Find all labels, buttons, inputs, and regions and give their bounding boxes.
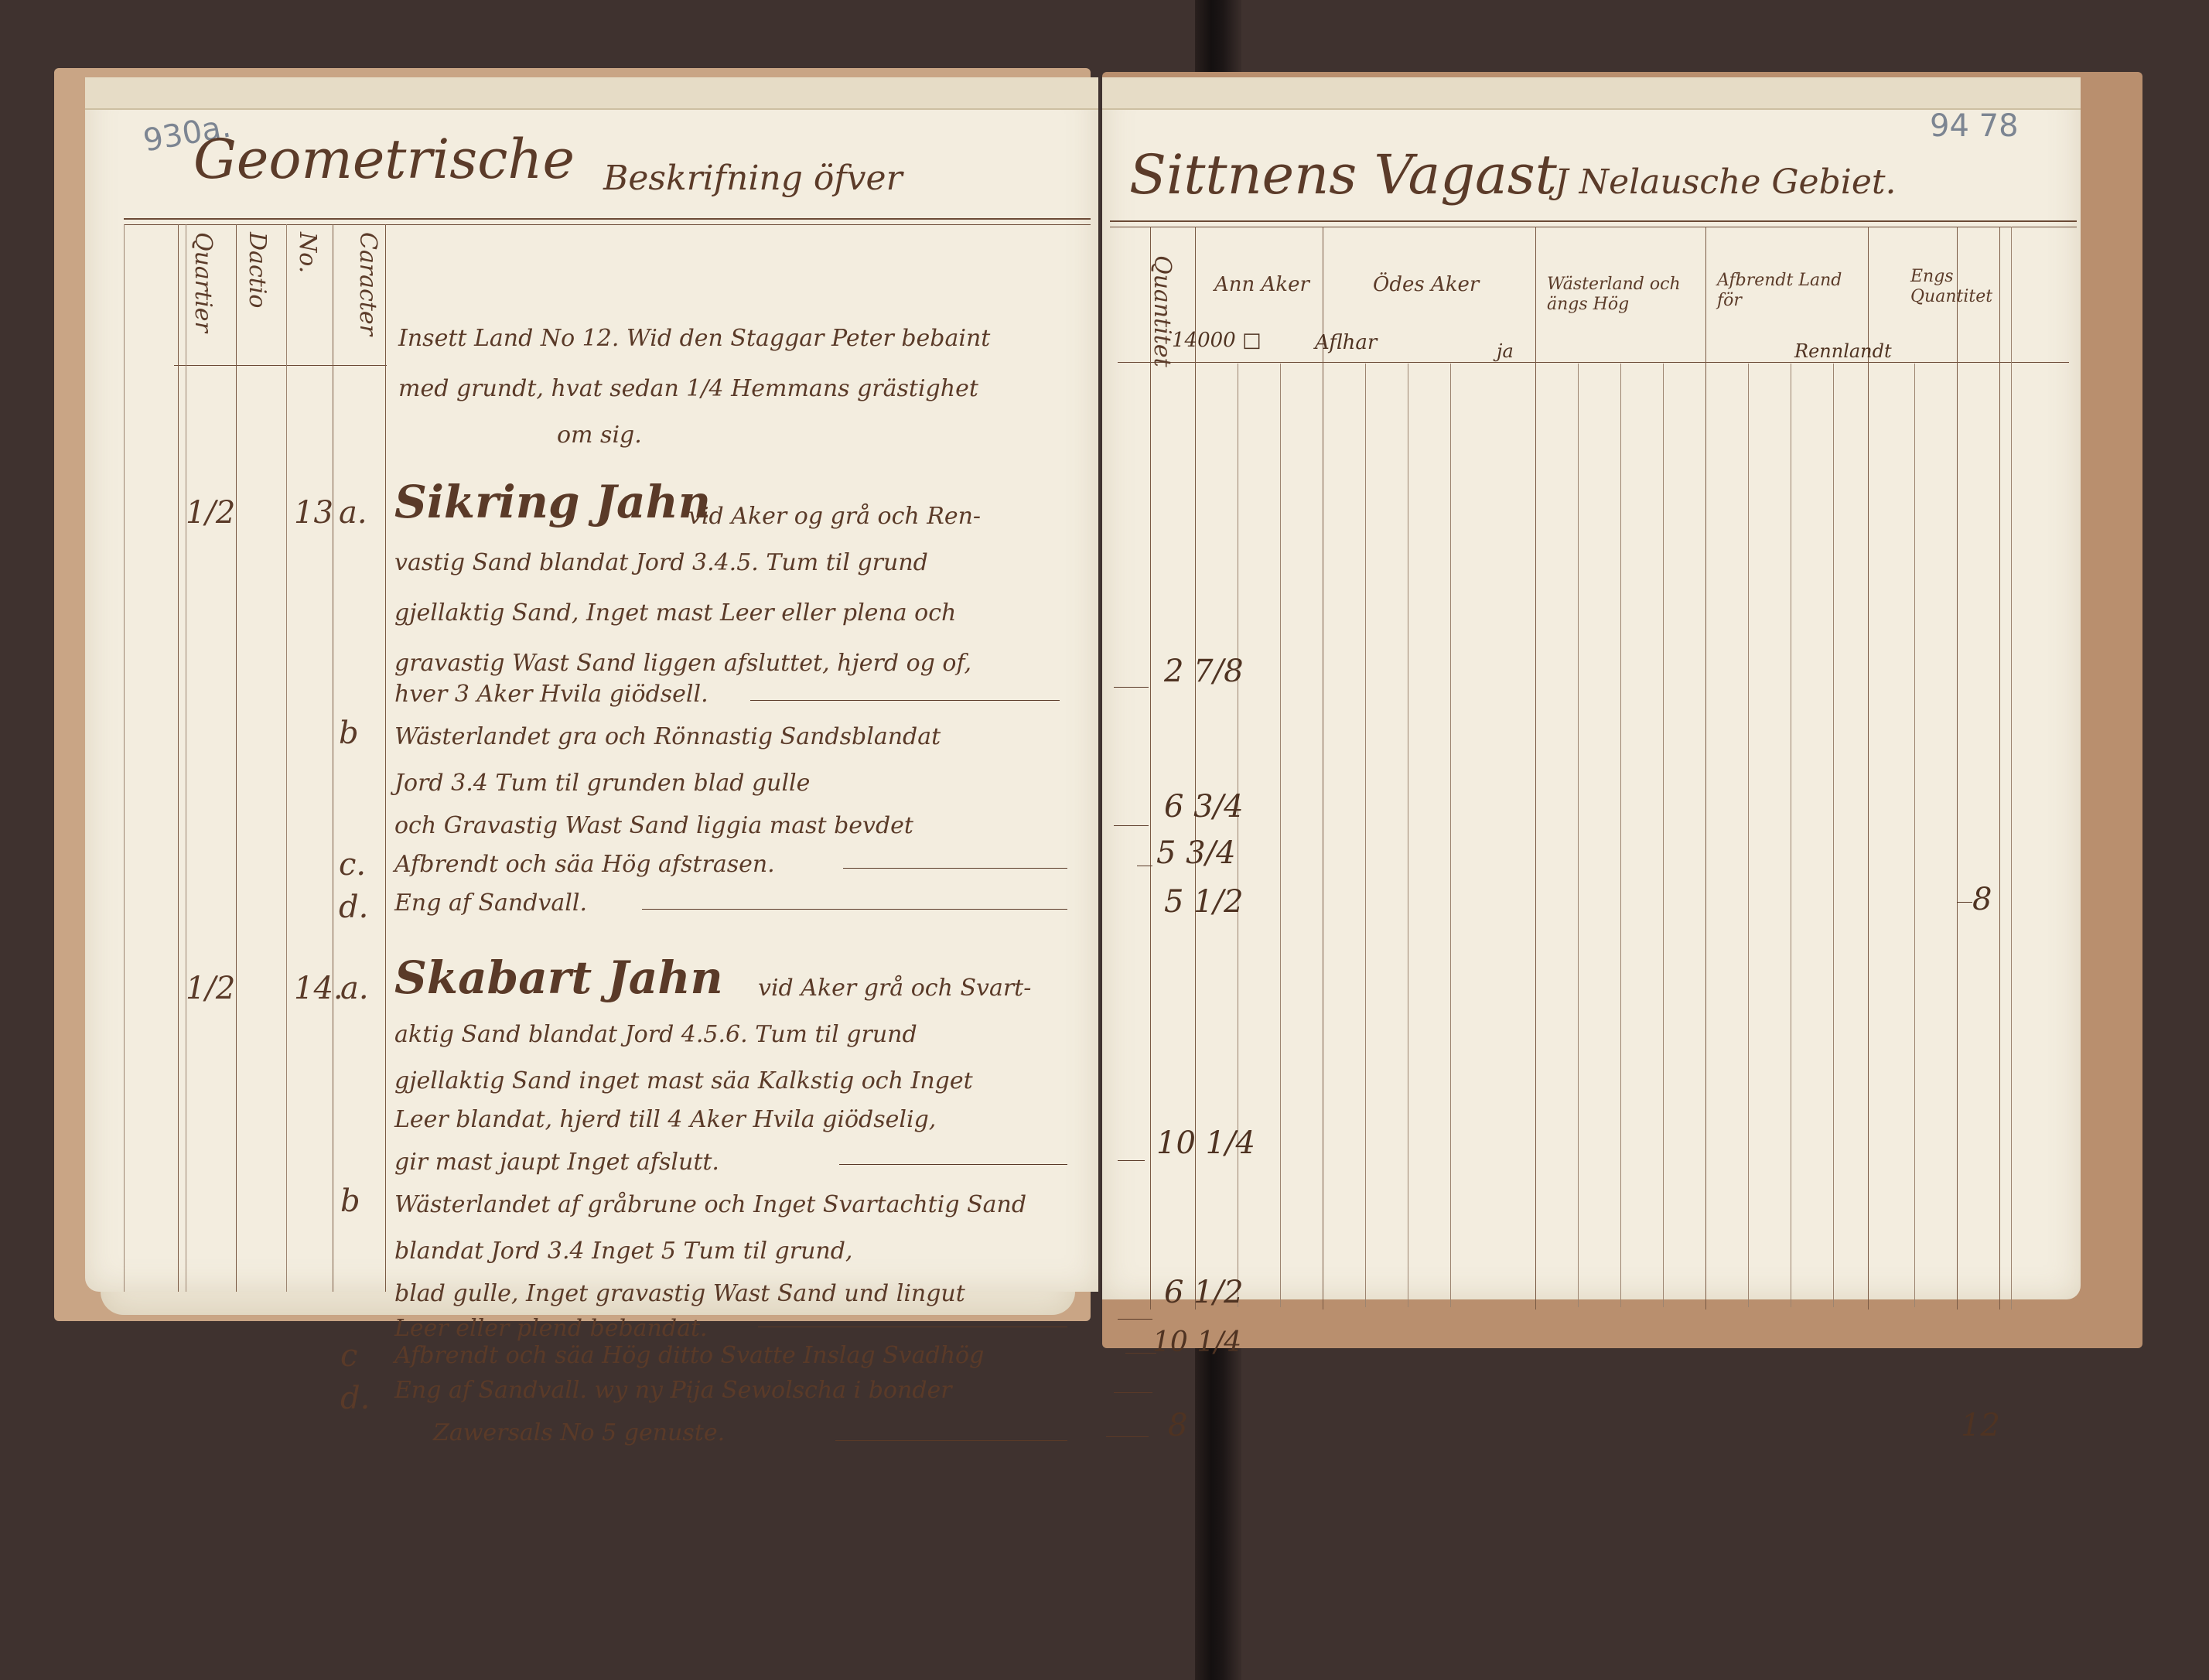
col-header-quantitet: Quantitet bbox=[1152, 255, 1172, 367]
entry-line: Leer eller plend bebandat. bbox=[394, 1315, 708, 1342]
entry-fill-line bbox=[642, 909, 1067, 910]
sub-col-rule bbox=[1450, 364, 1451, 1307]
left-margin-rule bbox=[124, 224, 125, 1292]
entry-name: Sikring Jahn bbox=[394, 476, 711, 528]
afbrendt-col-rule bbox=[1705, 227, 1706, 1310]
row-tick bbox=[1118, 1319, 1152, 1320]
col-header-odes-aker: Ödes Aker bbox=[1373, 275, 1479, 295]
sub-col-rule bbox=[1365, 364, 1366, 1307]
entry-sub: b bbox=[339, 715, 359, 751]
header-odes-aker: ja bbox=[1497, 340, 1514, 362]
row-tick bbox=[1114, 687, 1149, 688]
quantity-value-13a: 2 7/8 bbox=[1164, 654, 1244, 689]
left-page-title-main: Geometrische bbox=[193, 128, 575, 191]
entry-line: Wästerlandet af gråbrune och Inget Svart… bbox=[394, 1191, 1026, 1218]
sub-col-rule bbox=[1408, 364, 1408, 1307]
entry-number: 13 bbox=[294, 495, 333, 531]
header-afbrendt: Rennlandt bbox=[1794, 340, 1892, 362]
intro-line: Insett Land No 12. Wid den Staggar Peter… bbox=[398, 325, 990, 352]
caracter-col-rule bbox=[333, 224, 333, 1292]
left-header-rule-top bbox=[124, 218, 1091, 220]
col-header-caracter: Caracter bbox=[357, 232, 377, 336]
entry-sub: a. bbox=[340, 971, 369, 1006]
quantity-value-13b: 6 3/4 bbox=[1164, 789, 1244, 825]
engs-value-13d: 8 bbox=[1972, 882, 1992, 917]
quantity-value-13c: 5 3/4 bbox=[1156, 835, 1236, 871]
entry-sub: c. bbox=[339, 847, 366, 883]
right-margin-rule-2 bbox=[2011, 227, 2012, 1310]
quantity-value-13d: 5 1/2 bbox=[1164, 884, 1244, 920]
sub-col-rule bbox=[1238, 364, 1238, 1307]
row-tick bbox=[1106, 1436, 1149, 1437]
sub-col-rule bbox=[1663, 364, 1664, 1307]
row-tick bbox=[1114, 825, 1149, 826]
quartier-col-rule bbox=[178, 224, 179, 1292]
sub-col-rule bbox=[1748, 364, 1749, 1307]
entry-fraction: 1/2 bbox=[186, 495, 235, 531]
dactio-col-rule bbox=[236, 224, 237, 1292]
entry-sub: c bbox=[340, 1338, 357, 1374]
engs-col-rule bbox=[1868, 227, 1869, 1310]
entry-line: Eng af Sandvall. bbox=[394, 890, 587, 917]
left-page-title-rest: Beskrifning öfver bbox=[603, 159, 903, 198]
sub-col-rule bbox=[1791, 364, 1791, 1307]
entry-line: vastig Sand blandat Jord 3.4.5. Tum til … bbox=[394, 549, 928, 576]
entry-line: Afbrendt och säa Hög ditto Svatte Inslag… bbox=[394, 1342, 984, 1369]
quantity-value-14a: 10 1/4 bbox=[1156, 1125, 1255, 1161]
text-col-rule bbox=[385, 224, 386, 1292]
wasterland-col-rule bbox=[1535, 227, 1536, 1310]
entry-line: gjellaktig Sand, Inget mast Leer eller p… bbox=[394, 599, 956, 627]
sub-col-rule bbox=[1578, 364, 1579, 1307]
right-page-torn-edge bbox=[1102, 77, 2081, 110]
entry-fill-line bbox=[843, 868, 1067, 869]
entry-line: blad gulle, Inget gravastig Wast Sand un… bbox=[394, 1280, 965, 1307]
quartier-col-rule-2 bbox=[186, 224, 186, 1292]
col-header-afbrendt: Afbrendt Land för bbox=[1717, 271, 1856, 311]
entry-line: Jord 3.4 Tum til grunden blad gulle bbox=[394, 770, 810, 797]
row-tick bbox=[1118, 1160, 1145, 1161]
header-ann-aker: Aflhar bbox=[1315, 331, 1377, 354]
entry-line: Leer blandat, hjerd till 4 Aker Hvila gi… bbox=[394, 1106, 936, 1133]
entry-sub: b bbox=[340, 1183, 360, 1219]
intro-line: med grundt, hvat sedan 1/4 Hemmans gräst… bbox=[398, 375, 978, 402]
left-page-torn-edge bbox=[85, 77, 1098, 110]
entry-line: Afbrendt och säa Hög afstrasen. bbox=[394, 851, 775, 878]
entry-fill-line bbox=[758, 1327, 1067, 1327]
entry-line: Eng af Sandvall. wy ny Pija Sewolscha i … bbox=[394, 1377, 952, 1404]
col-header-dactio: Dactio bbox=[247, 232, 267, 308]
right-page bbox=[1102, 77, 2081, 1299]
entry-line: blandat Jord 3.4 Inget 5 Tum til grund, bbox=[394, 1238, 852, 1265]
entry-line: gir mast jaupt Inget afslutt. bbox=[394, 1149, 719, 1176]
no-col-rule bbox=[286, 224, 287, 1292]
odes-aker-col-rule bbox=[1323, 227, 1323, 1310]
row-tick bbox=[1137, 866, 1152, 866]
entry-line: aktig Sand blandat Jord 4.5.6. Tum til g… bbox=[394, 1021, 917, 1048]
entry-line: Wästerlandet gra och Rönnastig Sandsblan… bbox=[394, 723, 941, 750]
intro-line: om sig. bbox=[557, 422, 642, 449]
entry-line: Zawersals No 5 genuste. bbox=[433, 1419, 725, 1446]
engs-value-14d: 12 bbox=[1961, 1408, 2000, 1443]
col-header-no: No. bbox=[297, 232, 317, 273]
entry-line: hver 3 Aker Hvila giödsell. bbox=[394, 681, 708, 708]
left-colhead-rule bbox=[174, 365, 387, 366]
quantity-value-14c: 10 1/4 bbox=[1152, 1327, 1241, 1358]
entry-line: vid Aker og grå och Ren- bbox=[688, 503, 981, 530]
entry-line: gravastig Wast Sand liggen afsluttet, hj… bbox=[394, 650, 971, 677]
row-tick bbox=[1957, 902, 1972, 903]
col-header-engs: Engs Quantitet bbox=[1910, 267, 1996, 307]
quantity-value-14d: 8 bbox=[1168, 1408, 1187, 1443]
entry-fill-line bbox=[750, 700, 1060, 701]
entry-name: Skabart Jahn bbox=[394, 951, 723, 1004]
entry-line: och Gravastig Wast Sand liggia mast bevd… bbox=[394, 812, 913, 839]
col-header-ann-aker: Ann Aker bbox=[1214, 275, 1309, 295]
row-tick bbox=[1125, 1353, 1156, 1354]
sub-col-rule bbox=[1914, 364, 1915, 1307]
entry-sub: d. bbox=[340, 1381, 370, 1416]
right-page-title-main: Sittnens Vagast bbox=[1129, 143, 1557, 207]
row-tick bbox=[1114, 1392, 1152, 1393]
sub-col-rule bbox=[1620, 364, 1621, 1307]
right-pencil-folio: 94 78 bbox=[1930, 108, 2019, 144]
right-header-rule-top bbox=[1110, 220, 2077, 222]
entry-sub: a. bbox=[339, 495, 367, 531]
header-quantity: 14000 □ bbox=[1172, 329, 1262, 352]
entry-sub: d. bbox=[339, 890, 368, 925]
sub-col-rule bbox=[1833, 364, 1834, 1307]
quantity-col-rule bbox=[1150, 227, 1151, 1310]
entry-fraction: 1/2 bbox=[186, 971, 235, 1006]
entry-line: vid Aker grå och Svart- bbox=[758, 975, 1031, 1002]
engs-inner-rule bbox=[1957, 227, 1958, 1310]
entry-line: gjellaktig Sand inget mast säa Kalkstig … bbox=[394, 1067, 973, 1094]
col-header-wasterland: Wästerland och ängs Hög bbox=[1547, 275, 1694, 315]
right-subheader-rule bbox=[1118, 362, 2069, 363]
quantity-value-14b: 6 1/2 bbox=[1164, 1275, 1244, 1310]
left-header-rule-bottom bbox=[124, 224, 1091, 225]
right-page-title-rest: J Nelausche Gebiet. bbox=[1555, 162, 1897, 202]
right-header-rule-bottom bbox=[1110, 227, 2077, 227]
right-margin-rule bbox=[1999, 227, 2000, 1310]
entry-number: 14. bbox=[294, 971, 343, 1006]
entry-fill-line bbox=[839, 1164, 1067, 1165]
sub-col-rule bbox=[1280, 364, 1281, 1307]
entry-fill-line bbox=[835, 1440, 1067, 1441]
col-header-quartier: Quartier bbox=[193, 232, 213, 333]
